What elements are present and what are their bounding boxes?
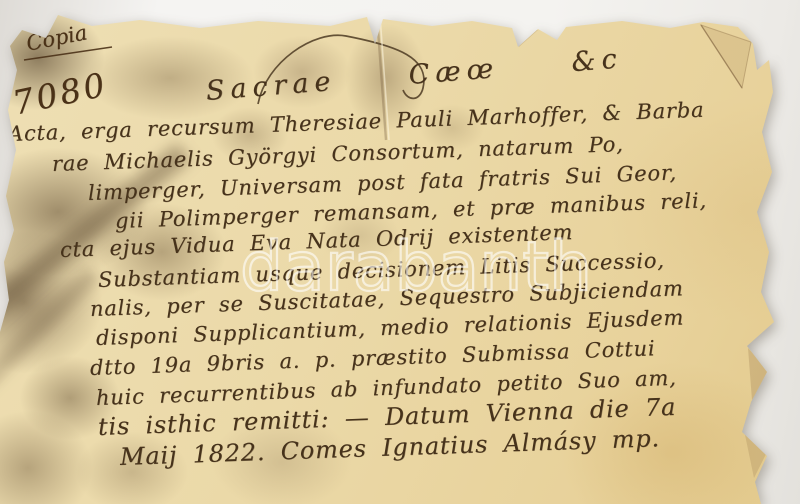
registry-number: 7080 [9,64,111,122]
document-paper: Copia 7080 Sacrae Cæœ &c Acta, erga recu… [0,0,800,504]
heading-line: Sacrae Cæœ &c [205,43,624,107]
copy-annotation: Copia [24,20,89,55]
paper-shadow-wrap: Copia 7080 Sacrae Cæœ &c Acta, erga recu… [0,0,800,504]
manuscript-text-block: Copia 7080 Sacrae Cæœ &c Acta, erga recu… [0,0,800,504]
photo-backdrop: Copia 7080 Sacrae Cæœ &c Acta, erga recu… [0,0,800,504]
